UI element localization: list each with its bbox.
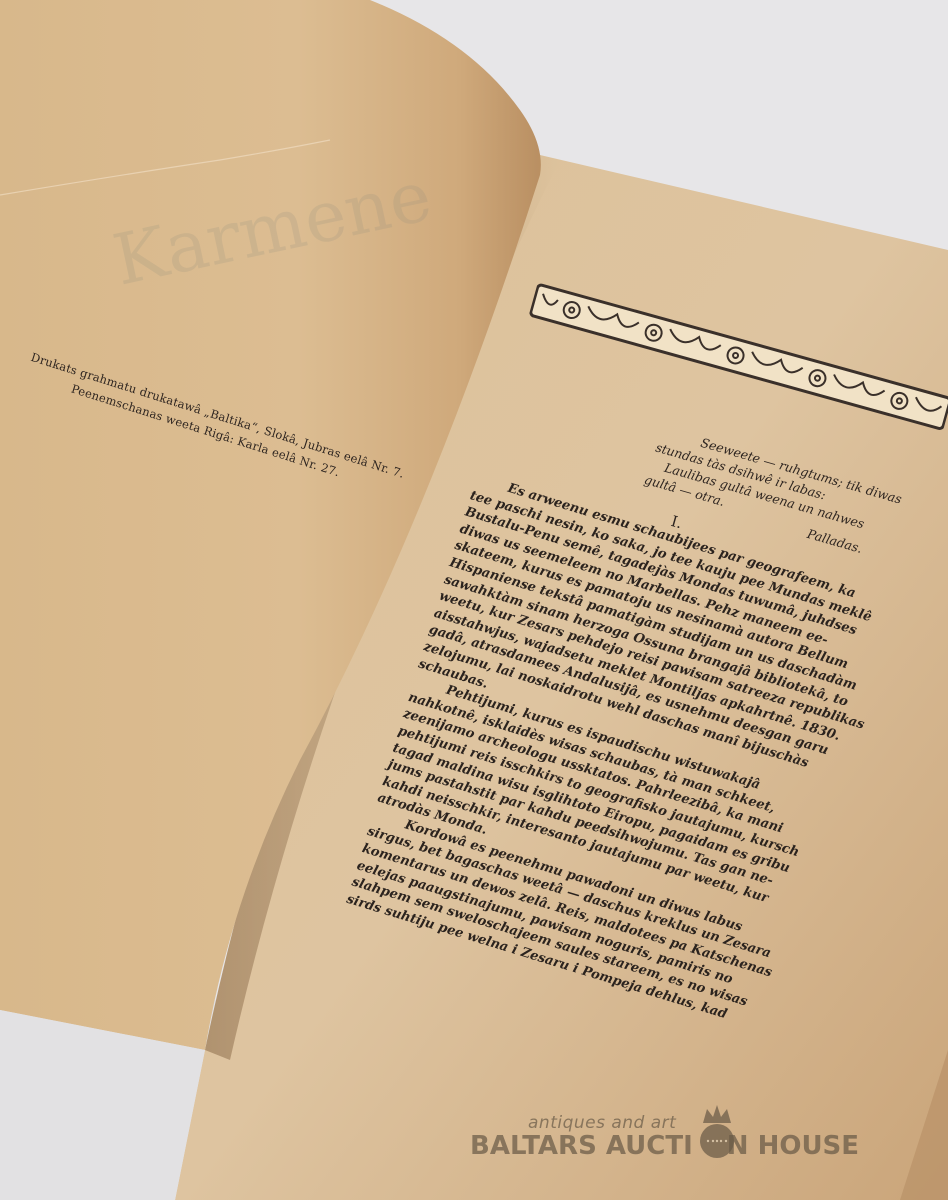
crown-logo-icon <box>697 1103 737 1163</box>
watermark-name-part-1: BALTARS AUCTI <box>470 1131 693 1161</box>
watermark-tagline: antiques and art <box>528 1113 676 1133</box>
watermark-name-part-2: N HOUSE <box>727 1131 859 1161</box>
watermark-name: BALTARS AUCTIN HOUSE <box>470 1131 859 1161</box>
